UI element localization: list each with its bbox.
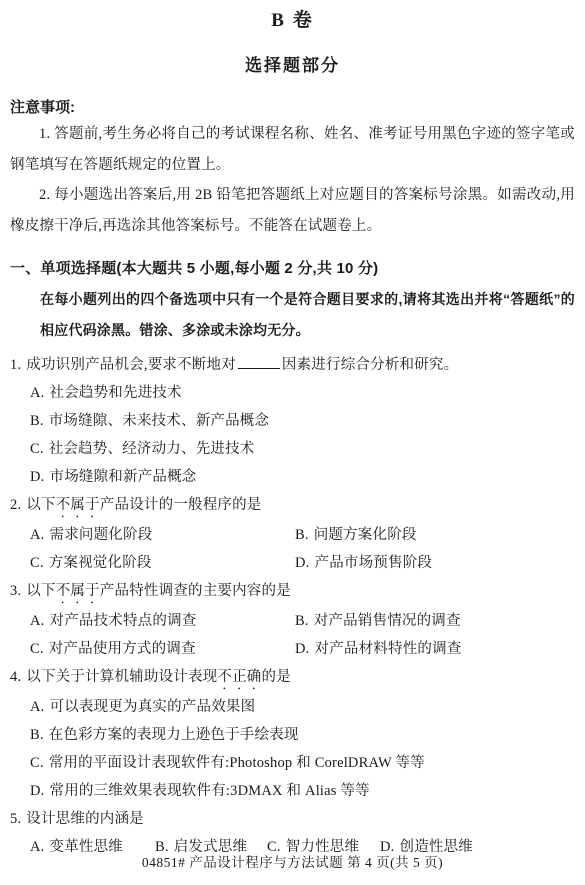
notice-item-1: 1. 答题前,考生务必将自己的考试课程名称、姓名、准考证号用黑色字迹的签字笔或钢… [10,119,575,180]
options: A.可以表现更为真实的产品效果图B.在色彩方案的表现力上逊色于手绘表现C.常用的… [10,693,575,805]
option-text: 需求问题化阶段 [50,527,153,543]
option-label: D. [295,641,310,657]
section-heading: 一、单项选择题(本大题共 5 小题,每小题 2 分,共 10 分) [10,254,575,284]
stem-text: 以下 [26,497,55,513]
option-B: B.问题方案化阶段 [295,521,575,549]
option-label: D. [30,783,45,799]
option-D: D.对产品材料特性的调查 [295,635,575,663]
stem-text: 不属于 [56,583,100,599]
option-D: D.市场缝隙和新产品概念 [30,463,575,491]
stem-text: 产品设计的一般程序的是 [100,497,262,513]
option-text: 在色彩方案的表现力上逊色于手绘表现 [49,727,299,743]
option-label: A. [30,527,45,543]
notice-item-2: 2. 每小题选出答案后,用 2B 铅笔把答题纸上对应题目的答案标号涂黑。如需改动… [10,180,575,241]
option-label: B. [30,413,44,429]
option-text: 对产品材料特性的调查 [315,641,462,657]
option-text: 常用的三维效果表现软件有:3DMAX 和 Alias 等等 [50,783,370,799]
stem-text: 以下关于计算机辅助设计表现 [26,669,217,685]
option-label: A. [30,613,45,629]
option-text: 可以表现更为真实的产品效果图 [50,699,256,715]
option-label: C. [30,755,44,771]
option-text: 产品市场预售阶段 [315,555,433,571]
option-label: B. [30,727,44,743]
option-B: B.对产品销售情况的调查 [295,607,575,635]
option-text: 对产品使用方式的调查 [49,641,196,657]
option-text: 社会趋势和先进技术 [50,385,182,401]
questions: 1.成功识别产品机会,要求不断地对因素进行综合分析和研究。A.社会趋势和先进技术… [10,351,575,861]
option-label: D. [30,469,45,485]
option-text: 常用的平面设计表现软件有:Photoshop 和 CorelDRAW 等等 [49,755,425,771]
stem-text: 不正确 [217,669,261,685]
option-text: 对产品技术特点的调查 [50,613,197,629]
option-label: A. [30,699,45,715]
stem-text: 不属于 [56,497,100,513]
section-instruction: 在每小题列出的四个备选项中只有一个是符合题目要求的,请将其选出并将“答题纸”的相… [40,284,575,345]
option-A: A.对产品技术特点的调查 [30,607,295,635]
exam-page: B 卷 选择题部分 注意事项: 1. 答题前,考生务必将自己的考试课程名称、姓名… [0,0,585,885]
question-stem: 5.设计思维的内涵是 [10,805,575,833]
question-number: 1. [10,357,21,373]
option-text: 市场缝隙、未来技术、新产品概念 [49,413,270,429]
question-stem: 2.以下不属于产品设计的一般程序的是 [10,491,575,521]
option-C: C.对产品使用方式的调查 [30,635,295,663]
option-B: B.市场缝隙、未来技术、新产品概念 [30,407,575,435]
options: A.对产品技术特点的调查B.对产品销售情况的调查C.对产品使用方式的调查D.对产… [10,607,575,663]
option-label: B. [295,613,309,629]
question-number: 2. [10,497,21,513]
question-stem: 4.以下关于计算机辅助设计表现不正确的是 [10,663,575,693]
stem-text: 以下 [26,583,55,599]
option-label: C. [30,555,44,571]
option-label: D. [295,555,310,571]
option-label: A. [30,385,45,401]
question-number: 3. [10,583,21,599]
option-text: 社会趋势、经济动力、先进技术 [49,441,255,457]
question-2: 2.以下不属于产品设计的一般程序的是A.需求问题化阶段B.问题方案化阶段C.方案… [10,491,575,577]
question-1: 1.成功识别产品机会,要求不断地对因素进行综合分析和研究。A.社会趋势和先进技术… [10,351,575,491]
option-label: C. [30,641,44,657]
option-C: C.社会趋势、经济动力、先进技术 [30,435,575,463]
question-stem: 1.成功识别产品机会,要求不断地对因素进行综合分析和研究。 [10,351,575,379]
option-A: A.可以表现更为真实的产品效果图 [30,693,575,721]
option-B: B.在色彩方案的表现力上逊色于手绘表现 [30,721,575,749]
option-label: C. [30,441,44,457]
notice-heading: 注意事项: [10,97,575,119]
stem-text: 成功识别产品机会,要求不断地对 [26,357,236,373]
option-text: 市场缝隙和新产品概念 [50,469,197,485]
page-footer: 04851# 产品设计程序与方法试题 第 4 页(共 5 页) [0,851,585,871]
options: A.需求问题化阶段B.问题方案化阶段C.方案视觉化阶段D.产品市场预售阶段 [10,521,575,577]
section-part-title: 选择题部分 [10,54,575,78]
question-number: 4. [10,669,21,685]
stem-text: 设计思维的内涵是 [26,811,144,827]
option-text: 问题方案化阶段 [314,527,417,543]
option-D: D.常用的三维效果表现软件有:3DMAX 和 Alias 等等 [30,777,575,805]
answer-blank [238,354,280,370]
question-number: 5. [10,811,21,827]
notice-block: 1. 答题前,考生务必将自己的考试课程名称、姓名、准考证号用黑色字迹的签字笔或钢… [10,119,575,241]
question-3: 3.以下不属于产品特性调查的主要内容的是A.对产品技术特点的调查B.对产品销售情… [10,577,575,663]
option-D: D.产品市场预售阶段 [295,549,575,577]
stem-text: 因素进行综合分析和研究。 [282,357,458,373]
option-label: B. [295,527,309,543]
option-A: A.需求问题化阶段 [30,521,295,549]
option-C: C.方案视觉化阶段 [30,549,295,577]
option-C: C.常用的平面设计表现软件有:Photoshop 和 CorelDRAW 等等 [30,749,575,777]
option-A: A.社会趋势和先进技术 [30,379,575,407]
page-title: B 卷 [10,8,575,34]
options: A.社会趋势和先进技术B.市场缝隙、未来技术、新产品概念C.社会趋势、经济动力、… [10,379,575,491]
option-text: 对产品销售情况的调查 [314,613,461,629]
question-stem: 3.以下不属于产品特性调查的主要内容的是 [10,577,575,607]
question-4: 4.以下关于计算机辅助设计表现不正确的是A.可以表现更为真实的产品效果图B.在色… [10,663,575,805]
stem-text: 产品特性调查的主要内容的是 [100,583,291,599]
option-text: 方案视觉化阶段 [49,555,152,571]
stem-text: 的是 [262,669,291,685]
